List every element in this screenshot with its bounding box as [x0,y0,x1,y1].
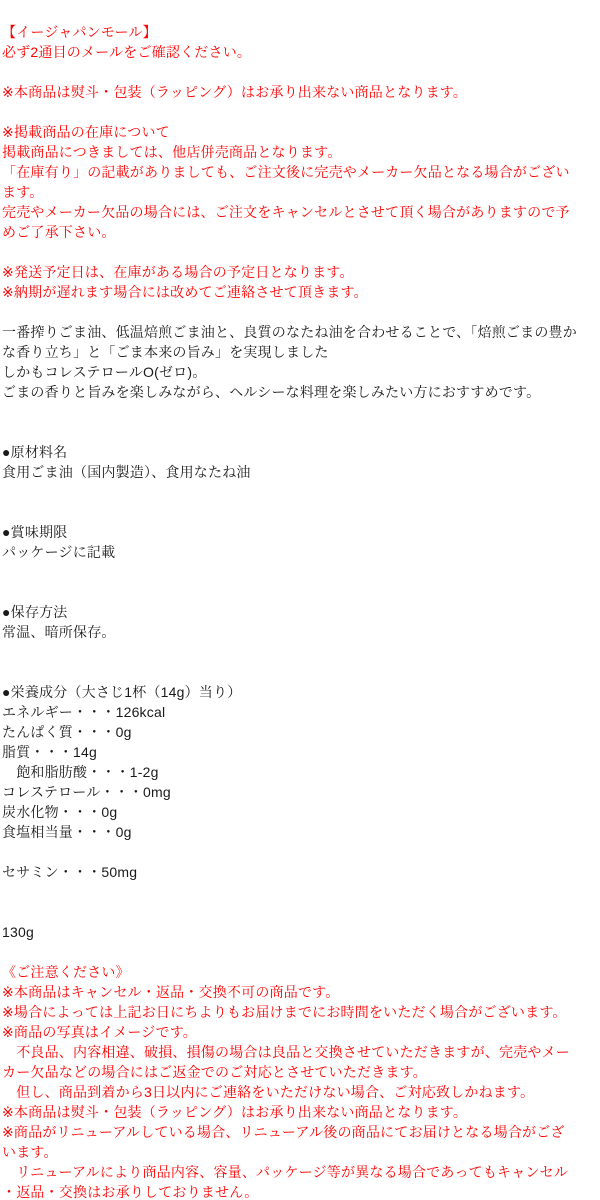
description-text: 【イージャパンモール】必ず2通目のメールをご確認ください。※本商品は熨斗・包装（… [2,22,600,1200]
text-line: たんぱく質・・・0g [2,722,600,742]
text-line: 《ご注意ください》 [2,962,600,982]
text-line: ※場合によっては上記お日にちよりもお届けまでにお時間をいただく場合がございます。 [2,1002,600,1022]
text-line: 食用ごま油（国内製造）、食用なたね油 [2,462,600,482]
text-line: 炭水化物・・・0g [2,802,600,822]
blank-line [2,302,600,322]
text-line: しかもコレステロールO(ゼロ)。 [2,362,600,382]
text-line: 完売やメーカー欠品の場合には、ご注文をキャンセルとさせて頂く場合がありますので予 [2,202,600,222]
text-line: 但し、商品到着から3日以内にご連絡をいただけない場合、ご対応致しかねます。 [2,1082,600,1102]
text-line: ※商品がリニューアルしている場合、リニューアル後の商品にてお届けとなる場合がござ [2,1122,600,1142]
text-line: ●賞味期限 [2,522,600,542]
text-line: います。 [2,1142,600,1162]
text-line: 「在庫有り」の記載がありましても、ご注文後に完売やメーカー欠品となる場合がござい [2,162,600,182]
text-line: 食塩相当量・・・0g [2,822,600,842]
blank-line [2,642,600,662]
text-line: ※納期が遅れます場合には改めてご連絡させて頂きます。 [2,282,600,302]
text-line: 脂質・・・14g [2,742,600,762]
text-line: セサミン・・・50mg [2,862,600,882]
text-line: ●栄養成分（大さじ1杯（14g）当り） [2,682,600,702]
product-description-page: 【イージャパンモール】必ず2通目のメールをご確認ください。※本商品は熨斗・包装（… [0,0,600,1200]
blank-line [2,902,600,922]
blank-line [2,562,600,582]
text-line: 飽和脂肪酸・・・1-2g [2,762,600,782]
blank-line [2,582,600,602]
blank-line [2,62,600,82]
text-line: パッケージに記載 [2,542,600,562]
text-line: ●保存方法 [2,602,600,622]
text-line: リニューアルにより商品内容、容量、パッケージ等が異なる場合であってもキャンセル [2,1162,600,1182]
text-line: ※商品の写真はイメージです。 [2,1022,600,1042]
text-line: 不良品、内容相違、破損、損傷の場合は良品と交換させていただきますが、完売やメー [2,1042,600,1062]
blank-line [2,882,600,902]
blank-line [2,422,600,442]
blank-line [2,502,600,522]
text-line: ※掲載商品の在庫について [2,122,600,142]
text-line: エネルギー・・・126kcal [2,702,600,722]
text-line: ※発送予定日は、在庫がある場合の予定日となります。 [2,262,600,282]
text-line: 掲載商品につきましては、他店併売商品となります。 [2,142,600,162]
blank-line [2,942,600,962]
blank-line [2,842,600,862]
text-line: ※本商品は熨斗・包装（ラッピング）はお承り出来ない商品となります。 [2,82,600,102]
text-line: カー欠品などの場合にはご返金でのご対応とさせていただきます。 [2,1062,600,1082]
text-line: ●原材料名 [2,442,600,462]
text-line: 130g [2,922,600,942]
blank-line [2,662,600,682]
text-line: な香り立ち」と「ごま本来の旨み」を実現しました [2,342,600,362]
blank-line [2,402,600,422]
text-line: ごまの香りと旨みを楽しみながら、ヘルシーな料理を楽しみたい方におすすめです。 [2,382,600,402]
text-line: ます。 [2,182,600,202]
text-line: 一番搾りごま油、低温焙煎ごま油と、良質のなたね油を合わせることで、「焙煎ごまの豊… [2,322,600,342]
text-line: 常温、暗所保存。 [2,622,600,642]
text-line: ※本商品は熨斗・包装（ラッピング）はお承り出来ない商品となります。 [2,1102,600,1122]
blank-line [2,242,600,262]
text-line: めご了承下さい。 [2,222,600,242]
text-line: ・返品・交換はお承りしておりません。 [2,1182,600,1200]
text-line: ※本商品はキャンセル・返品・交換不可の商品です。 [2,982,600,1002]
blank-line [2,482,600,502]
text-line: 必ず2通目のメールをご確認ください。 [2,42,600,62]
text-line: コレステロール・・・0mg [2,782,600,802]
blank-line [2,102,600,122]
text-line: 【イージャパンモール】 [2,22,600,42]
